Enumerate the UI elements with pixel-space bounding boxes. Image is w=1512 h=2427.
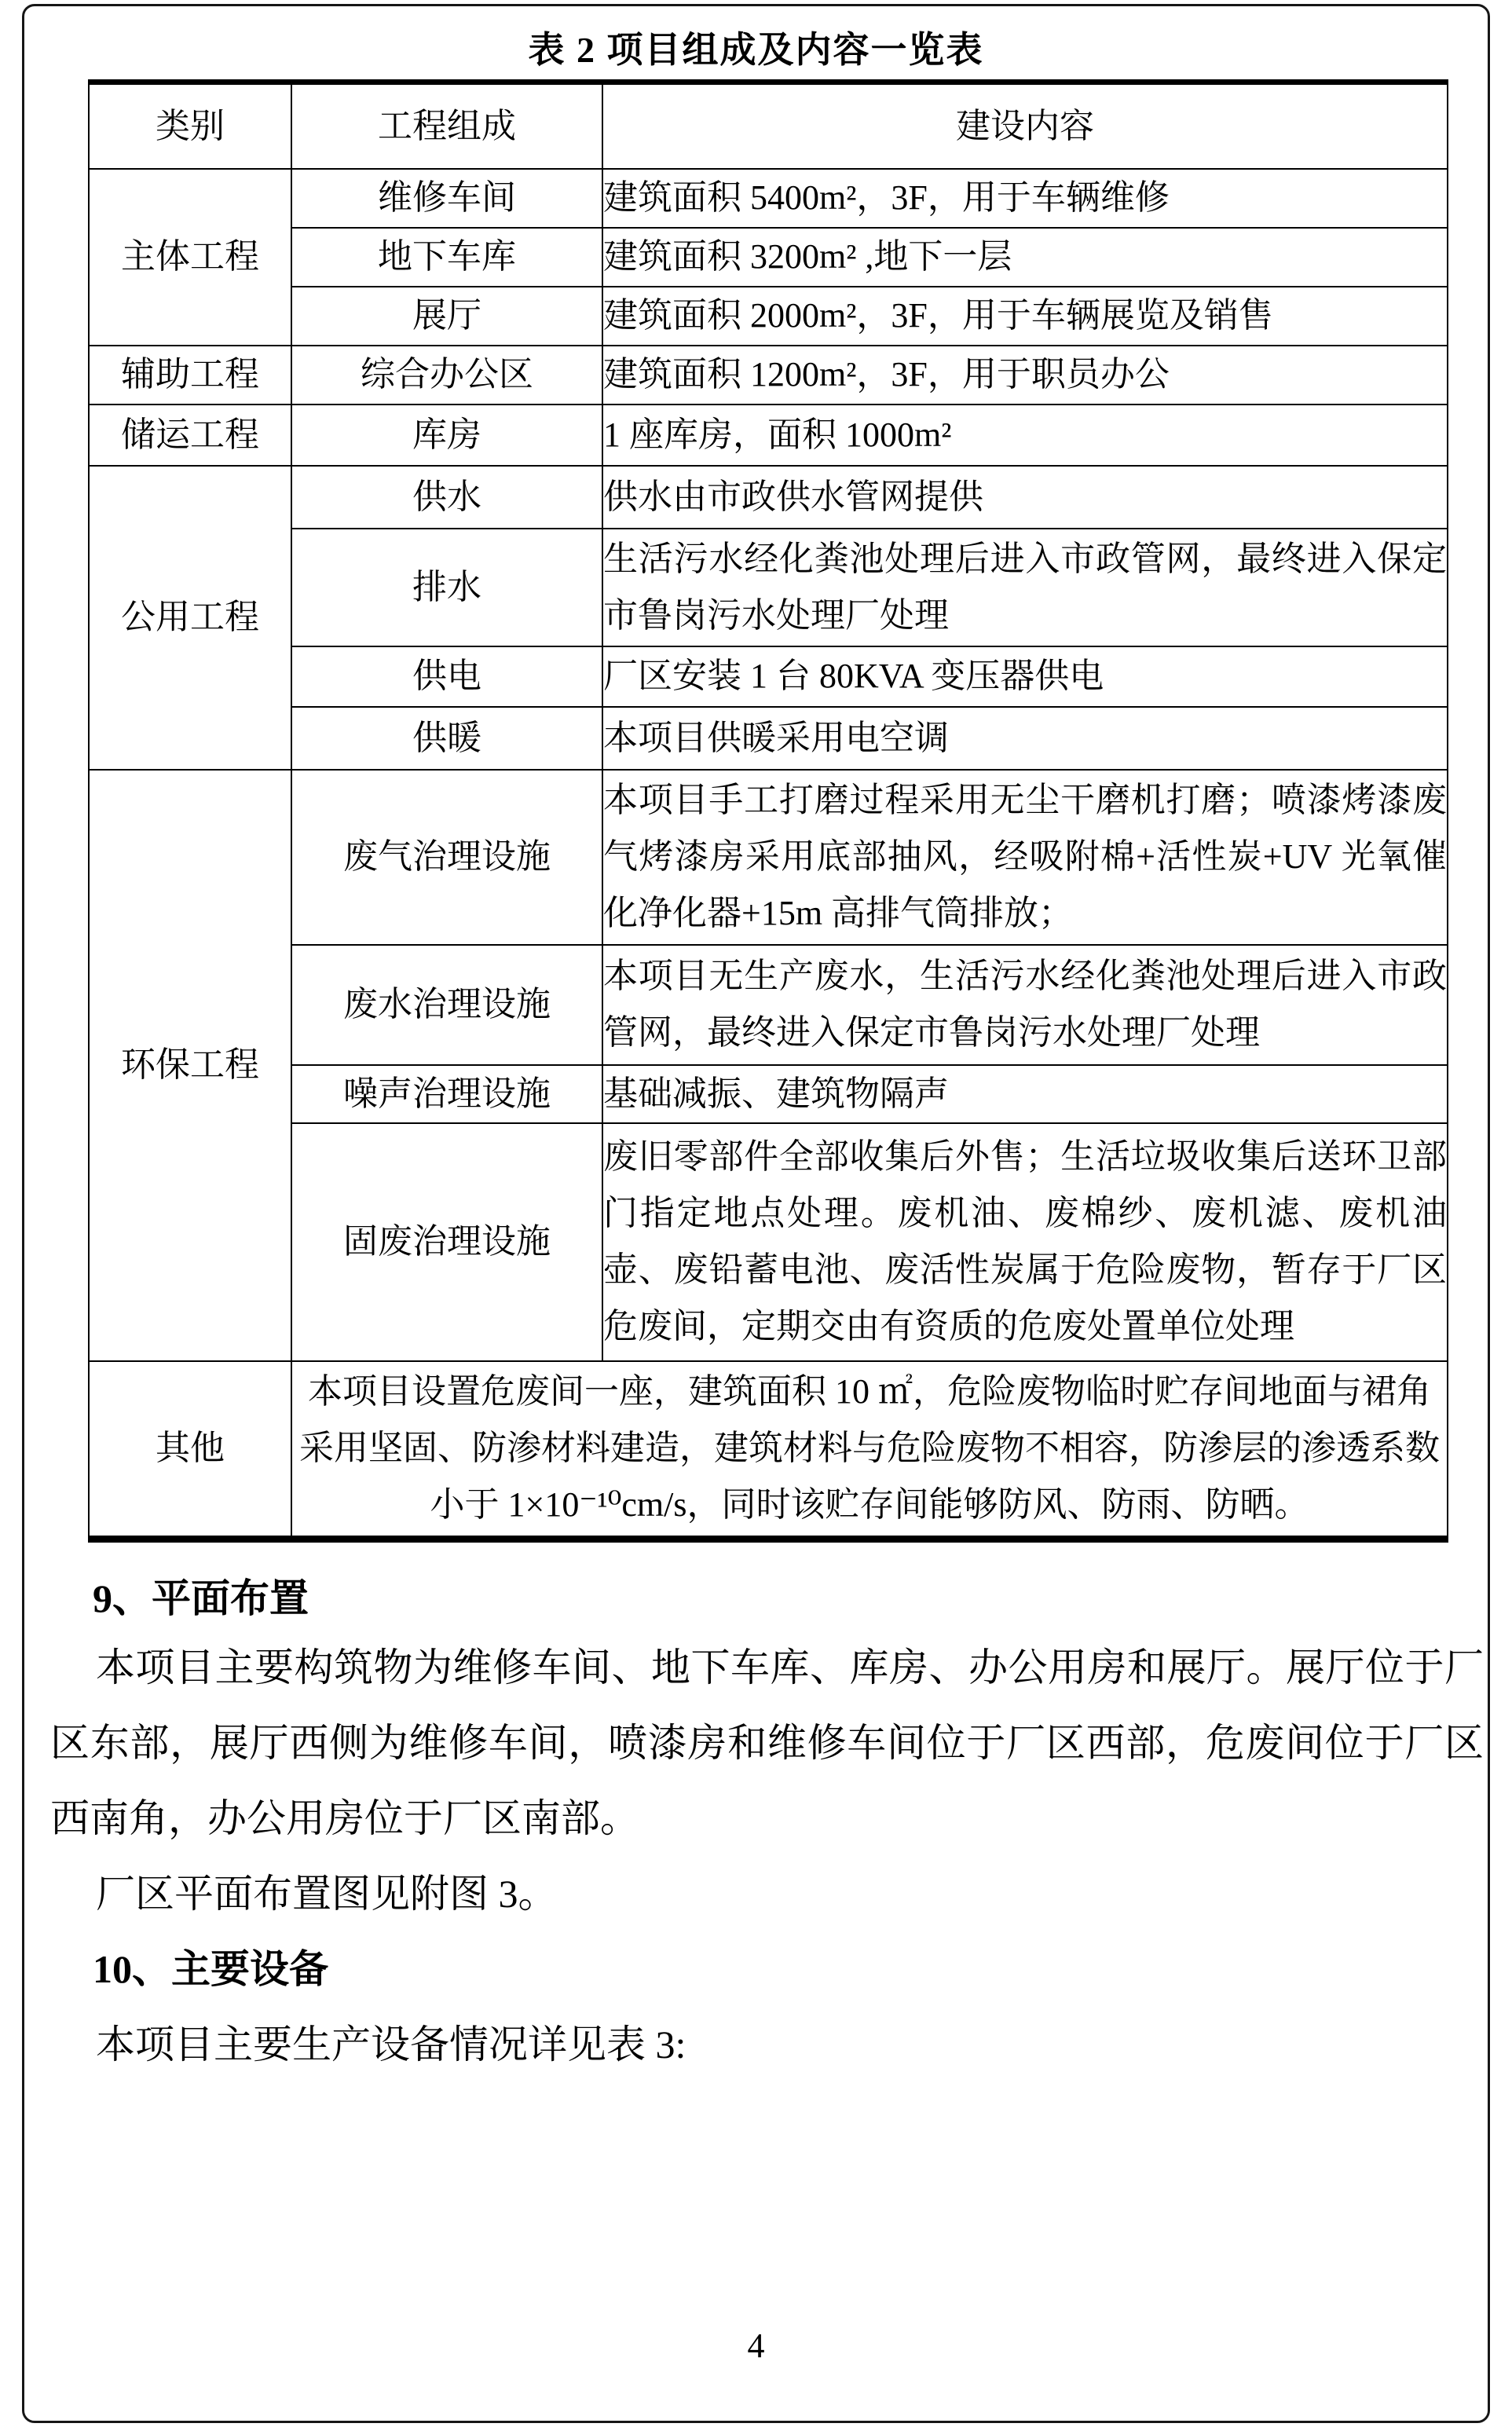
- content-cell: 厂区安装 1 台 80KVA 变压器供电: [602, 646, 1448, 707]
- layout-note-paragraph: 厂区平面布置图见附图 3。: [50, 1856, 1484, 1931]
- category-cell: 其他: [89, 1361, 291, 1539]
- table-row: 辅助工程 综合办公区 建筑面积 1200m²，3F，用于职员办公: [89, 346, 1448, 404]
- category-cell: 公用工程: [89, 466, 291, 770]
- content-cell: 本项目手工打磨过程采用无尘干磨机打磨；喷漆烤漆废气烤漆房采用底部抽风，经吸附棉+…: [602, 770, 1448, 945]
- table-header-row: 类别 工程组成 建设内容: [89, 82, 1448, 169]
- table-row: 地下车库 建筑面积 3200m² ,地下一层: [89, 228, 1448, 287]
- equipment-paragraph: 本项目主要生产设备情况详见表 3:: [50, 2007, 1484, 2082]
- composition-cell: 供水: [291, 466, 602, 529]
- table-row: 排水 生活污水经化粪池处理后进入市政管网，最终进入保定市鲁岗污水处理厂处理: [89, 529, 1448, 646]
- composition-cell: 废水治理设施: [291, 945, 602, 1065]
- content-cell: 建筑面积 3200m² ,地下一层: [602, 228, 1448, 287]
- layout-section-heading: 9、平面布置: [93, 1567, 1484, 1630]
- composition-cell: 供电: [291, 646, 602, 707]
- table-row: 废水治理设施 本项目无生产废水，生活污水经化粪池处理后进入市政管网，最终进入保定…: [89, 945, 1448, 1065]
- table-row: 公用工程 供水 供水由市政供水管网提供: [89, 466, 1448, 529]
- content-cell: 基础减振、建筑物隔声: [602, 1065, 1448, 1123]
- category-cell: 环保工程: [89, 770, 291, 1361]
- header-cell-category: 类别: [89, 82, 291, 169]
- table-row: 固废治理设施 废旧零部件全部收集后外售；生活垃圾收集后送环卫部门指定地点处理。废…: [89, 1123, 1448, 1361]
- composition-cell: 库房: [291, 404, 602, 466]
- composition-cell: 排水: [291, 529, 602, 646]
- content-cell: 本项目设置危废间一座，建筑面积 10 ㎡，危险废物临时贮存间地面与裙角采用坚固、…: [291, 1361, 1448, 1539]
- body-text-section: 9、平面布置 本项目主要构筑物为维修车间、地下车库、库房、办公用房和展厅。展厅位…: [50, 1567, 1484, 2082]
- table-row: 储运工程 库房 1 座库房，面积 1000m²: [89, 404, 1448, 466]
- content-cell: 1 座库房，面积 1000m²: [602, 404, 1448, 466]
- table-row: 展厅 建筑面积 2000m²，3F，用于车辆展览及销售: [89, 287, 1448, 346]
- composition-cell: 固废治理设施: [291, 1123, 602, 1361]
- content-cell: 建筑面积 1200m²，3F，用于职员办公: [602, 346, 1448, 404]
- project-composition-table: 类别 工程组成 建设内容 主体工程 维修车间 建筑面积 5400m²，3F，用于…: [88, 79, 1448, 1543]
- table-row: 其他 本项目设置危废间一座，建筑面积 10 ㎡，危险废物临时贮存间地面与裙角采用…: [89, 1361, 1448, 1539]
- header-cell-composition: 工程组成: [291, 82, 602, 169]
- document-page: 表 2 项目组成及内容一览表 类别 工程组成 建设内容 主体工程 维修车间 建筑…: [0, 0, 1512, 2427]
- composition-cell: 地下车库: [291, 228, 602, 287]
- table-row: 噪声治理设施 基础减振、建筑物隔声: [89, 1065, 1448, 1123]
- composition-cell: 综合办公区: [291, 346, 602, 404]
- composition-cell: 噪声治理设施: [291, 1065, 602, 1123]
- table-row: 供暖 本项目供暖采用电空调: [89, 707, 1448, 770]
- layout-paragraph: 本项目主要构筑物为维修车间、地下车库、库房、办公用房和展厅。展厅位于厂区东部，展…: [50, 1630, 1484, 1856]
- table-row: 环保工程 废气治理设施 本项目手工打磨过程采用无尘干磨机打磨；喷漆烤漆废气烤漆房…: [89, 770, 1448, 945]
- header-cell-content: 建设内容: [602, 82, 1448, 169]
- composition-cell: 展厅: [291, 287, 602, 346]
- content-cell: 建筑面积 2000m²，3F，用于车辆展览及销售: [602, 287, 1448, 346]
- content-cell: 供水由市政供水管网提供: [602, 466, 1448, 529]
- composition-cell: 维修车间: [291, 169, 602, 228]
- composition-cell: 供暖: [291, 707, 602, 770]
- category-cell: 辅助工程: [89, 346, 291, 404]
- equipment-section-heading: 10、主要设备: [93, 1931, 1484, 2007]
- composition-cell: 废气治理设施: [291, 770, 602, 945]
- category-cell: 主体工程: [89, 169, 291, 346]
- category-cell: 储运工程: [89, 404, 291, 466]
- content-cell: 生活污水经化粪池处理后进入市政管网，最终进入保定市鲁岗污水处理厂处理: [602, 529, 1448, 646]
- table-title: 表 2 项目组成及内容一览表: [0, 28, 1512, 72]
- page-number: 4: [0, 2326, 1512, 2366]
- content-cell: 建筑面积 5400m²，3F，用于车辆维修: [602, 169, 1448, 228]
- content-cell: 废旧零部件全部收集后外售；生活垃圾收集后送环卫部门指定地点处理。废机油、废棉纱、…: [602, 1123, 1448, 1361]
- content-cell: 本项目无生产废水，生活污水经化粪池处理后进入市政管网，最终进入保定市鲁岗污水处理…: [602, 945, 1448, 1065]
- content-cell: 本项目供暖采用电空调: [602, 707, 1448, 770]
- table-row: 供电 厂区安装 1 台 80KVA 变压器供电: [89, 646, 1448, 707]
- table-row: 主体工程 维修车间 建筑面积 5400m²，3F，用于车辆维修: [89, 169, 1448, 228]
